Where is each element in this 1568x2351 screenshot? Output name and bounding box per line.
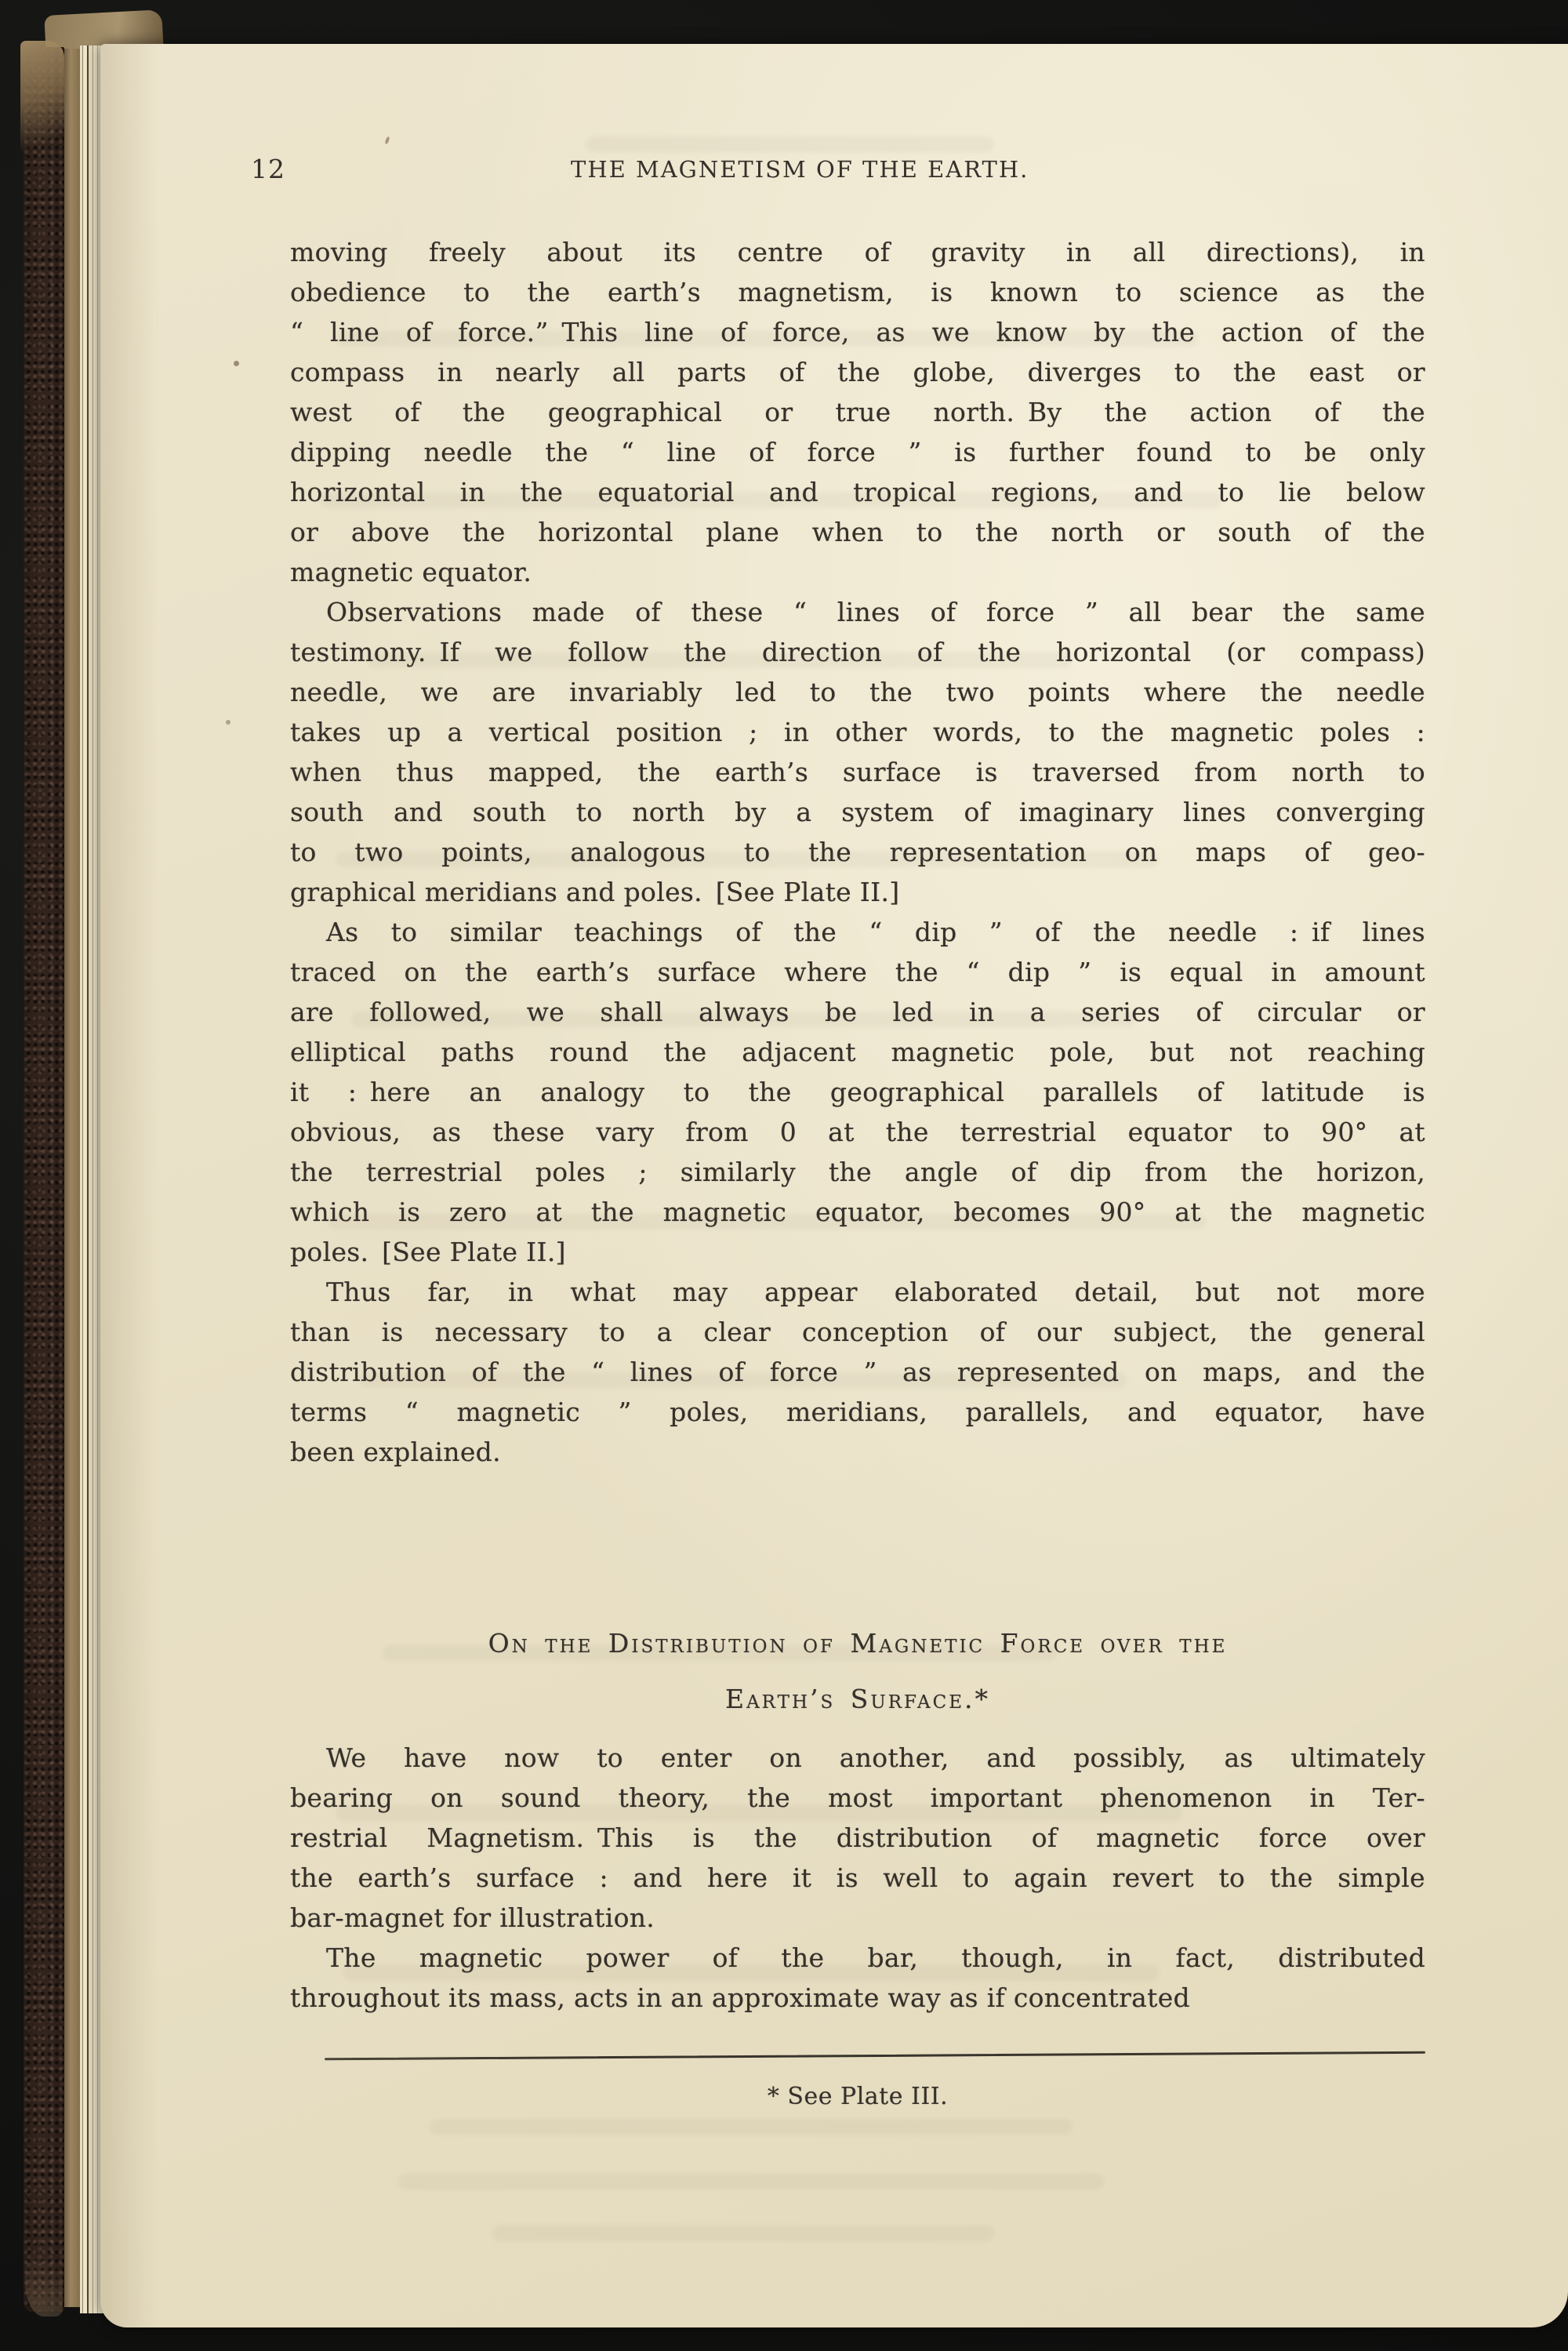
paper-speck (234, 361, 239, 366)
section-heading-line: Earth’s Surface.* (290, 1671, 1425, 1727)
text-line: We have now to enter on another, and pos… (290, 1738, 1425, 1778)
text-line: compass in nearly all parts of the globe… (290, 352, 1425, 392)
text-line: when thus mapped, the earth’s surface is… (290, 752, 1425, 792)
bleed-through-mark (492, 2226, 994, 2241)
text-line: graphical meridians and poles. [See Plat… (290, 872, 1425, 912)
text-line: which is zero at the magnetic equator, b… (290, 1192, 1425, 1232)
running-title: THE MAGNETISM OF THE EARTH. (571, 156, 1029, 183)
bleed-through-mark (398, 2174, 1104, 2189)
scanned-book-photo: 12 THE MAGNETISM OF THE EARTH. moving fr… (0, 0, 1568, 2351)
text-line: As to similar teachings of the “ dip ” o… (290, 912, 1425, 952)
text-line: been explained. (290, 1432, 1425, 1472)
text-line: bearing on sound theory, the most import… (290, 1778, 1425, 1818)
text-line: Observations made of these “ lines of fo… (290, 592, 1425, 632)
text-line: it : here an analogy to the geographical… (290, 1072, 1425, 1112)
text-line: distribution of the “ lines of force ” a… (290, 1352, 1425, 1392)
text-line: moving freely about its centre of gravit… (290, 232, 1425, 272)
text-line: throughout its mass, acts in an approxim… (290, 1978, 1425, 2018)
bleed-through-mark (586, 136, 994, 152)
text-line: bar-magnet for illustration. (290, 1898, 1425, 1938)
text-line: to two points, analogous to the represen… (290, 832, 1425, 872)
text-line: the earth’s surface : and here it is wel… (290, 1858, 1425, 1898)
text-line: horizontal in the equatorial and tropica… (290, 472, 1425, 512)
footnote: * See Plate III. (290, 2083, 1425, 2110)
text-line: obedience to the earth’s magnetism, is k… (290, 272, 1425, 312)
book-board-edge (64, 49, 80, 2307)
text-line: than is necessary to a clear conception … (290, 1312, 1425, 1352)
text-line: restrial Magnetism. This is the distribu… (290, 1818, 1425, 1858)
bleed-through-mark (430, 2119, 1073, 2135)
paragraph: Thus far, in what may appear elaborated … (290, 1272, 1425, 1472)
text-line: needle, we are invariably led to the two… (290, 672, 1425, 712)
body-text-top: moving freely about its centre of gravit… (290, 232, 1425, 1472)
text-line: obvious, as these vary from 0 at the ter… (290, 1112, 1425, 1152)
paragraph: We have now to enter on another, and pos… (290, 1738, 1425, 1938)
text-line: Thus far, in what may appear elaborated … (290, 1272, 1425, 1312)
text-line: traced on the earth’s surface where the … (290, 952, 1425, 992)
section-heading-line: On the Distribution of Magnetic Force ov… (290, 1615, 1425, 1671)
book-page: 12 THE MAGNETISM OF THE EARTH. moving fr… (100, 44, 1568, 2327)
text-line: poles. [See Plate II.] (290, 1232, 1425, 1272)
paragraph: moving freely about its centre of gravit… (290, 232, 1425, 592)
text-line: testimony. If we follow the direction of… (290, 632, 1425, 672)
paper-speck (226, 720, 230, 725)
paragraph: The magnetic power of the bar, though, i… (290, 1938, 1425, 2018)
text-line: south and south to north by a system of … (290, 792, 1425, 832)
text-line: The magnetic power of the bar, though, i… (290, 1938, 1425, 1978)
text-line: or above the horizontal plane when to th… (290, 512, 1425, 552)
paragraph: As to similar teachings of the “ dip ” o… (290, 912, 1425, 1272)
text-line: west of the geographical or true north. … (290, 392, 1425, 432)
body-text-bottom: We have now to enter on another, and pos… (290, 1738, 1425, 2018)
text-line: terms “ magnetic ” poles, meridians, par… (290, 1392, 1425, 1432)
text-line: are followed, we shall always be led in … (290, 992, 1425, 1032)
text-line: “ line of force.” This line of force, as… (290, 312, 1425, 352)
text-line: the terrestrial poles ; similarly the an… (290, 1152, 1425, 1192)
paper-speck (384, 136, 390, 145)
page-header: 12 THE MAGNETISM OF THE EARTH. (100, 154, 1568, 188)
book-spine (24, 47, 64, 2312)
paragraph: Observations made of these “ lines of fo… (290, 592, 1425, 912)
text-line: takes up a vertical position ; in other … (290, 712, 1425, 752)
page-number: 12 (251, 154, 285, 184)
section-heading: On the Distribution of Magnetic Force ov… (290, 1615, 1425, 1727)
text-line: elliptical paths round the adjacent magn… (290, 1032, 1425, 1072)
text-line: dipping needle the “ line of force ” is … (290, 432, 1425, 472)
footnote-rule (325, 2051, 1425, 2061)
text-line: magnetic equator. (290, 552, 1425, 592)
